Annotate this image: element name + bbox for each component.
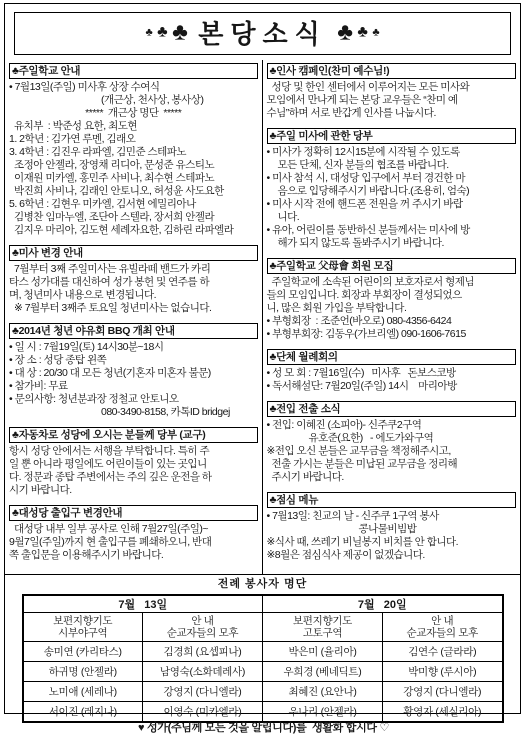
roster-col-header-line: 순교자들의 모후 xyxy=(143,627,262,639)
roster-col-header-line: 보편지향기도 xyxy=(263,615,382,627)
text-line: 이재원 미카엘, 홍민주 사비나, 최수현 스테파노 xyxy=(9,172,258,185)
section: ♣주일학교 안내• 7월13일(주일) 미사후 상장 수여식(개근상, 천사상,… xyxy=(9,63,258,237)
section: ♣주일학교 父母會 회원 모집주일학교에 소속된 어린이의 보호자로서 형제님들… xyxy=(267,258,517,341)
section-header: ♣자동차로 성당에 오시는 분들께 당부 (교구) xyxy=(9,427,258,443)
text-line: • 대 상 : 20/30 대 모든 청년(기혼자 미혼자 불문) xyxy=(9,367,258,380)
section: ♣인사 캠페인(찬미 예수님!)성당 및 한인 센터에서 이루어지는 모든 미사… xyxy=(267,63,517,120)
text-line: ※ 7월부터 3째주 토요일 청년미사는 없습니다. xyxy=(9,302,258,315)
roster-cell: 우희경 (베네딕트) xyxy=(263,662,383,682)
section-header: ♣대성당 출입구 변경안내 xyxy=(9,505,258,521)
roster-row: 하귀명 (안젤라)남영숙(소화데레사)우희경 (베네딕트)박미향 (루시아) xyxy=(23,662,503,682)
text-line: 김병찬 임마누엘, 조단아 스텔라, 장서희 안젤라 xyxy=(9,211,258,224)
roster-cell: 강영지 (다니엘라) xyxy=(383,682,503,702)
right-column: ♣인사 캠페인(찬미 예수님!)성당 및 한인 센터에서 이루어지는 모든 미사… xyxy=(263,60,521,574)
text-line: (개근상, 천사상, 봉사상) xyxy=(9,94,258,107)
text-line: 7월부터 3째 주일미사는 유빌라떼 밴드가 카리 xyxy=(9,263,258,276)
roster-col-header: 안 내순교자들의 모후 xyxy=(383,613,503,642)
text-line: 일 뿐 아니라 평일에도 어린이들이 있는 곳입니 xyxy=(9,458,258,471)
text-line: 대성당 내부 일부 공사로 인해 7월27일(주일)~ xyxy=(9,523,258,536)
text-line: • 7월13일(주일) 미사후 상장 수여식 xyxy=(9,81,258,94)
section-header: ♣주일학교 안내 xyxy=(9,63,258,79)
roster-col-header-line: 보편지향기도 xyxy=(24,615,143,627)
bulletin-columns: ♣주일학교 안내• 7월13일(주일) 미사후 상장 수여식(개근상, 천사상,… xyxy=(5,60,520,575)
text-line: ※전입 오신 분들은 교무금을 책정해주시고, xyxy=(267,445,517,458)
text-line: • 전입: 이혜진 (소피아)- 신주쿠2구역 xyxy=(267,419,517,432)
section-header: ♣전입 전출 소식 xyxy=(267,401,517,417)
text-line: ***** 개근상 명단 ***** xyxy=(9,107,258,120)
section-header: ♣점심 메뉴 xyxy=(267,492,517,508)
text-line: 항시 성당 안에서는 서행을 부탁합니다. 특히 주 xyxy=(9,445,258,458)
text-line: 콩나물비빔밥 xyxy=(267,523,517,536)
roster-row: 송미연 (카리타스)김경희 (요셉피나)박은미 (율리아)김연수 (글라라) xyxy=(23,642,503,662)
roster-cell: 남영숙(소화데레사) xyxy=(143,662,263,682)
text-line: • 성 모 회 : 7월16일(수) 미사후 돈보스코방 xyxy=(267,367,517,380)
roster-cell: 노미애 (세레나) xyxy=(23,682,143,702)
text-line: 전출 가시는 분들은 미납된 교무금을 정리해 xyxy=(267,458,517,471)
roster-date-header: 7월 13일 xyxy=(23,595,263,613)
section: ♣점심 메뉴• 7월13일: 친교의 날 - 신주쿠 1구역 봉사콩나물비빔밥※… xyxy=(267,492,517,562)
text-line: 김지우 마리아, 김도현 세례자요한, 김하린 라파엘라 xyxy=(9,224,258,237)
section-header: ♣2014년 청년 야유회 BBQ 개최 안내 xyxy=(9,323,258,339)
text-line: • 미사 시작 전에 핸드폰 전원을 꺼 주시기 바랍 xyxy=(267,198,517,211)
roster-cell: 최혜진 (요안나) xyxy=(263,682,383,702)
roster-cell: 박미향 (루시아) xyxy=(383,662,503,682)
club-icon: ♣ xyxy=(157,24,168,41)
text-line: 주일학교에 소속된 어린이의 보호자로서 형제님 xyxy=(267,276,517,289)
roster-row: 노미애 (세레나)강영지 (다니엘라)최혜진 (요안나)강영지 (다니엘라) xyxy=(23,682,503,702)
roster-cell: 박은미 (율리아) xyxy=(263,642,383,662)
section: ♣2014년 청년 야유회 BBQ 개최 안내• 일 시 : 7월19일(토) … xyxy=(9,323,258,419)
text-line: 쪽 출입문을 이용해주시기 바랍니다. xyxy=(9,549,258,562)
text-line: ※8월은 점심식사 제공이 없겠습니다. xyxy=(267,549,517,562)
text-line: 다. 정문과 종탑 주변에서는 주의 깊은 운전을 하 xyxy=(9,471,258,484)
roster-col-header-line: 고토구역 xyxy=(263,627,382,639)
text-line: • 부형부회장: 김동우(가브리엘) 090-1606-7615 xyxy=(267,328,517,341)
text-line: • 부형회장 : 조준언(바오로) 080-4356-6424 xyxy=(267,315,517,328)
text-line: • 유아, 어린이를 동반하신 분들께서는 미사에 방 xyxy=(267,224,517,237)
section-header: ♣주일학교 父母會 회원 모집 xyxy=(267,258,517,274)
section: ♣전입 전출 소식• 전입: 이혜진 (소피아)- 신주쿠2구역유호준(요한) … xyxy=(267,401,517,484)
roster-col-header-line: 안 내 xyxy=(143,615,262,627)
title-box: ♣ ♣ ♣ 본당소식 ♣ ♣ ♣ xyxy=(14,12,511,55)
text-line: 성당 및 한인 센터에서 이루어지는 모든 미사와 xyxy=(267,81,517,94)
text-line: 9월7일(주일)까지 현 출입구를 폐쇄하오니, 반대 xyxy=(9,536,258,549)
club-icon: ♣ xyxy=(357,24,368,41)
text-line: 유호준(요한) - 에도가와구역 xyxy=(267,432,517,445)
text-line: 유치부 : 박준성 요한, 최도현 xyxy=(9,120,258,133)
section: ♣주일 미사에 관한 당부• 미사가 정확히 12시15분에 시작될 수 있도록… xyxy=(267,128,517,250)
text-line: 며, 청년미사 내용으로 변경됩니다. xyxy=(9,289,258,302)
text-line: 조정아 안젤라, 장영채 리디아, 문성준 유스티노 xyxy=(9,159,258,172)
section-header: ♣주일 미사에 관한 당부 xyxy=(267,128,517,144)
text-line: 해가 되지 않도록 돌봐주시기 바랍니다. xyxy=(267,237,517,250)
text-line: • 독서해설단: 7월20일(주일) 14시 마리아방 xyxy=(267,380,517,393)
text-line: 들의 모임입니다. 회장과 부회장이 결성되었으 xyxy=(267,289,517,302)
text-line: 니다. xyxy=(267,211,517,224)
text-line: • 장 소 : 성당 종탑 왼쪽 xyxy=(9,354,258,367)
footer-motto: ♥ 성가(주님께 모든 것을 알립니다)를 생활화 합시다 ♡ xyxy=(0,719,527,735)
section-header: ♣단체 월례회의 xyxy=(267,349,517,365)
section: ♣미사 변경 안내7월부터 3째 주일미사는 유빌라떼 밴드가 카리타스 성가대… xyxy=(9,245,258,315)
left-column: ♣주일학교 안내• 7월13일(주일) 미사후 상장 수여식(개근상, 천사상,… xyxy=(5,60,263,574)
text-line: 5. 6학년 : 김현우 미카엘, 김서현 에밀리아나 xyxy=(9,198,258,211)
roster-col-header-line: 순교자들의 모후 xyxy=(383,627,502,639)
section-header: ♣미사 변경 안내 xyxy=(9,245,258,261)
roster-cell: 강영지 (다니엘라) xyxy=(143,682,263,702)
club-icon: ♣ xyxy=(372,27,379,39)
section: ♣자동차로 성당에 오시는 분들께 당부 (교구)항시 성당 안에서는 서행을 … xyxy=(9,427,258,497)
section: ♣대성당 출입구 변경안내대성당 내부 일부 공사로 인해 7월27일(주일)~… xyxy=(9,505,258,562)
text-line: • 미사가 정확히 12시15분에 시작될 수 있도록 xyxy=(267,146,517,159)
text-line: 주시기 바랍니다. xyxy=(267,471,517,484)
text-line: 모임에서 만나게 되는 본당 교우들은 “찬미 예 xyxy=(267,94,517,107)
roster-col-header: 보편지향기도고토구역 xyxy=(263,613,383,642)
roster-table: 7월 13일7월 20일보편지향기도시부야구역안 내순교자들의 모후보편지향기도… xyxy=(22,594,504,723)
section: ♣단체 월례회의• 성 모 회 : 7월16일(수) 미사후 돈보스코방• 독서… xyxy=(267,349,517,393)
roster-date-header: 7월 20일 xyxy=(263,595,503,613)
text-line: • 문의사항: 청년분과장 정철교 안토니오 xyxy=(9,393,258,406)
text-line: 3. 4학년 : 김진우 라파엘, 김민준 스테파노 xyxy=(9,146,258,159)
text-line: 1. 2학년 : 김가연 루멘, 김래오 xyxy=(9,133,258,146)
text-line: 모든 단체, 신자 분들의 협조를 바랍니다. xyxy=(267,159,517,172)
club-icon: ♣ xyxy=(337,19,353,46)
roster-title: 전례 봉사자 명단 xyxy=(5,577,520,592)
text-line: 타스 성가대를 대신하여 성가 봉헌 및 연주를 하 xyxy=(9,276,258,289)
text-line: • 미사 참석 시, 대성당 입구에서 부터 경건한 마 xyxy=(267,172,517,185)
text-line: • 참가비: 무료 xyxy=(9,380,258,393)
roster-cell: 김경희 (요셉피나) xyxy=(143,642,263,662)
text-line: • 7월13일: 친교의 날 - 신주쿠 1구역 봉사 xyxy=(267,510,517,523)
text-line: 음으로 입당해주시기 바랍니다.(조용히, 엄숙) xyxy=(267,185,517,198)
roster-section: 전례 봉사자 명단 7월 13일7월 20일보편지향기도시부야구역안 내순교자들… xyxy=(5,575,520,723)
text-line: 수님”하며 서로 반갑게 인사를 나눕시다. xyxy=(267,107,517,120)
roster-cell: 송미연 (카리타스) xyxy=(23,642,143,662)
roster-col-header-line: 안 내 xyxy=(383,615,502,627)
section-header: ♣인사 캠페인(찬미 예수님!) xyxy=(267,63,517,79)
roster-col-header: 보편지향기도시부야구역 xyxy=(23,613,143,642)
roster-cell: 하귀명 (안젤라) xyxy=(23,662,143,682)
text-line: 니, 많은 회원 가입을 부탁합니다. xyxy=(267,302,517,315)
roster-col-header: 안 내순교자들의 모후 xyxy=(143,613,263,642)
text-line: 박진희 사비나, 김래인 안토니오, 허성윤 사도요한 xyxy=(9,185,258,198)
roster-col-header-line: 시부야구역 xyxy=(24,627,143,639)
text-line: ※식사 때, 쓰레기 비닐봉지 비치를 안 합니다. xyxy=(267,536,517,549)
text-line: 080-3490-8158, 카톡ID bridgej xyxy=(9,406,258,419)
page-title: 본당소식 xyxy=(192,20,332,49)
bulletin-border: ♣ ♣ ♣ 본당소식 ♣ ♣ ♣ ♣주일학교 안내• 7월13일(주일) 미사후… xyxy=(4,3,521,714)
text-line: 시기 바랍니다. xyxy=(9,484,258,497)
club-icon: ♣ xyxy=(172,19,188,46)
roster-cell: 김연수 (글라라) xyxy=(383,642,503,662)
club-icon: ♣ xyxy=(145,27,152,39)
text-line: • 일 시 : 7월19일(토) 14시30분~18시 xyxy=(9,341,258,354)
